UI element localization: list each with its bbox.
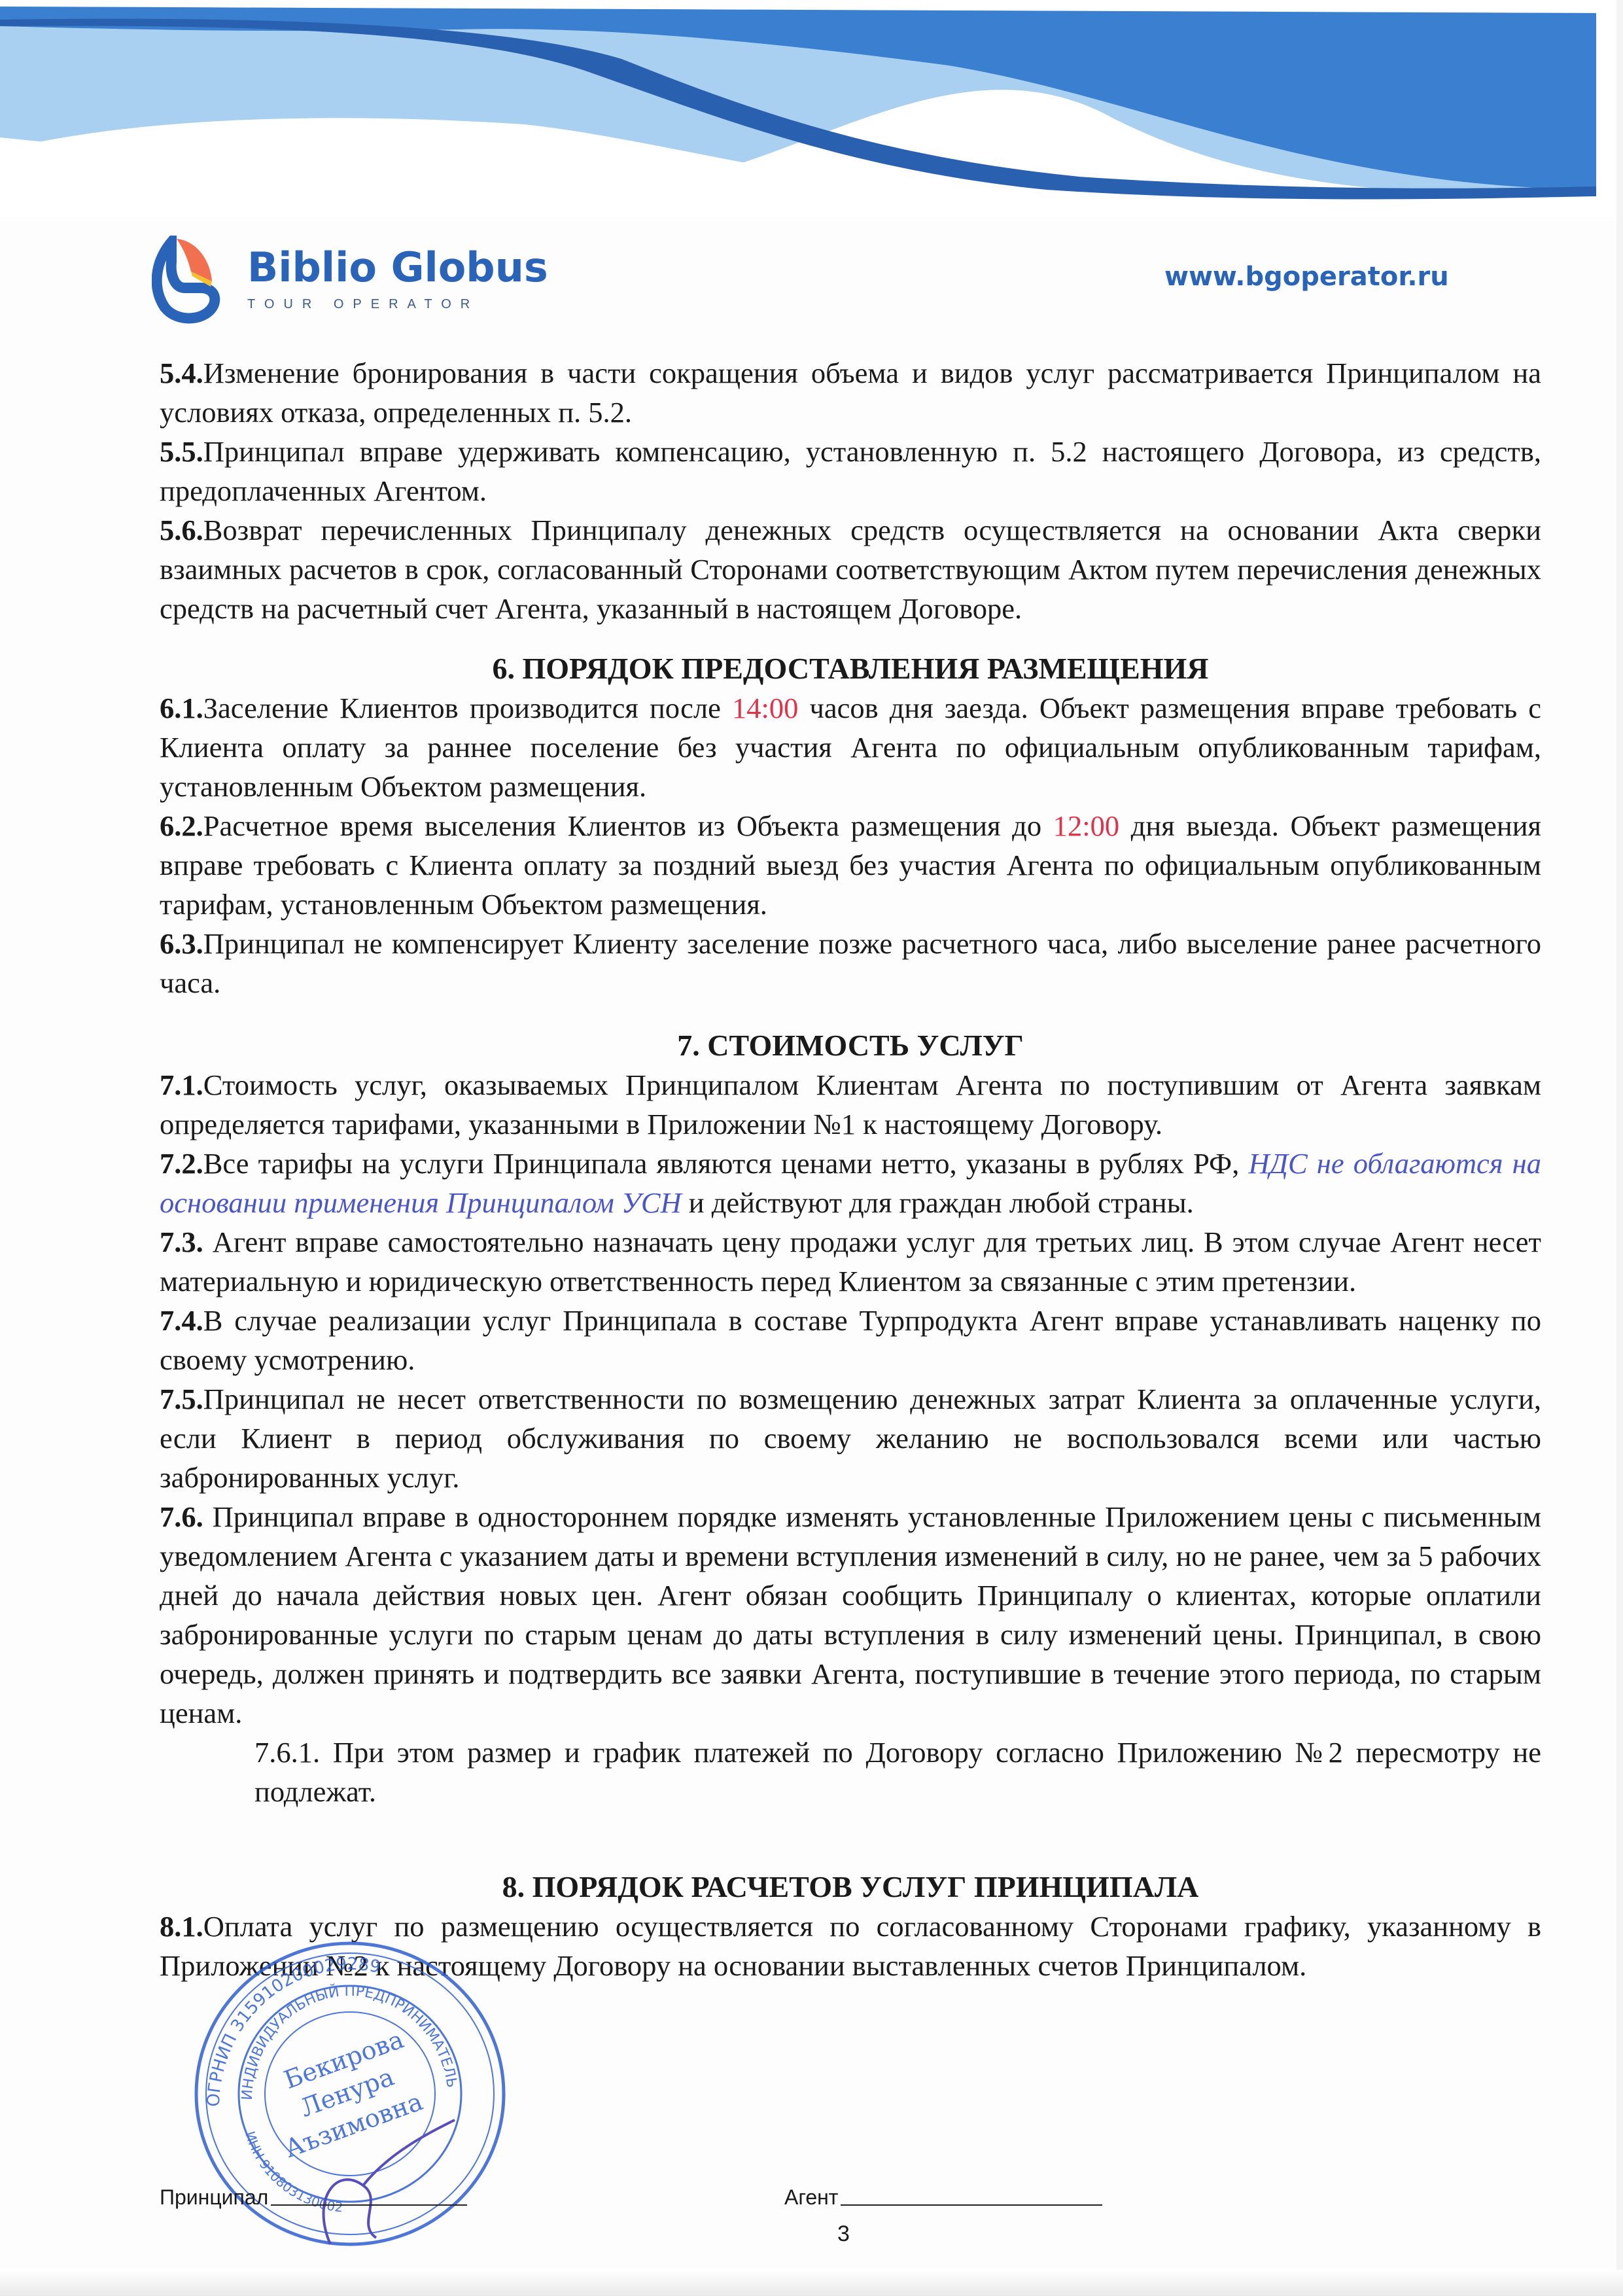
- clause-text: Принципал не компенсирует Клиенту заселе…: [160, 927, 1541, 999]
- clause-text: Стоимость услуг, оказываемых Принципалом…: [160, 1069, 1541, 1140]
- principal-signature-line: [271, 2204, 467, 2206]
- clause-text: При этом размер и график платежей по Дог…: [254, 1736, 1541, 1808]
- website-link[interactable]: www.bgoperator.ru: [1164, 262, 1449, 292]
- clause-number: 7.6.1.: [254, 1736, 320, 1769]
- brand-subtitle: TOUR OPERATOR: [247, 297, 548, 312]
- clause-6-1: 6.1.Заселение Клиентов производится посл…: [160, 688, 1541, 806]
- clause-number: 5.6.: [160, 514, 203, 546]
- clause-7-3: 7.3. Агент вправе самостоятельно назнача…: [160, 1222, 1541, 1301]
- clause-7-6-1: 7.6.1. При этом размер и график платежей…: [160, 1733, 1541, 1811]
- clause-text: Расчетное время выселения Клиентов из Об…: [203, 809, 1053, 842]
- scan-bottom-edge: [0, 2270, 1623, 2296]
- section-7-heading: 7. СТОИМОСТЬ УСЛУГ: [160, 1026, 1541, 1065]
- clause-text: Принципал вправе в одностороннем порядке…: [160, 1500, 1541, 1729]
- header-wave-decoration: [0, 0, 1623, 216]
- clause-7-6: 7.6. Принципал вправе в одностороннем по…: [160, 1497, 1541, 1733]
- clause-7-4: 7.4.В случае реализации услуг Принципала…: [160, 1301, 1541, 1379]
- clause-number: 7.1.: [160, 1069, 203, 1101]
- clause-text: Принципал вправе удерживать компенсацию,…: [160, 435, 1541, 507]
- clause-text: Заселение Клиентов производится после: [203, 692, 732, 724]
- clause-text: Принципал не несет ответственности по во…: [160, 1383, 1541, 1494]
- page-number: 3: [837, 2221, 850, 2247]
- clause-7-1: 7.1.Стоимость услуг, оказываемых Принцип…: [160, 1065, 1541, 1144]
- clause-5-6: 5.6.Возврат перечисленных Принципалу ден…: [160, 510, 1541, 628]
- scan-edge: [1616, 0, 1623, 2296]
- clause-text: Агент вправе самостоятельно назначать це…: [160, 1226, 1541, 1298]
- clause-number: 6.2.: [160, 809, 203, 842]
- clause-text: и действуют для граждан любой страны.: [682, 1186, 1194, 1219]
- clause-text: Изменение бронирования в части сокращени…: [160, 357, 1541, 429]
- clause-7-2: 7.2.Все тарифы на услуги Принципала явля…: [160, 1144, 1541, 1222]
- agent-label: Агент: [784, 2185, 838, 2210]
- clause-number: 7.6.: [160, 1500, 203, 1533]
- agent-signature: Агент: [784, 2185, 1102, 2210]
- checkin-time: 14:00: [732, 692, 798, 724]
- section-6-heading: 6. ПОРЯДОК ПРЕДОСТАВЛЕНИЯ РАЗМЕЩЕНИЯ: [160, 649, 1541, 688]
- clause-text: Возврат перечисленных Принципалу денежны…: [160, 514, 1541, 625]
- clause-7-5: 7.5.Принципал не несет ответственности п…: [160, 1379, 1541, 1497]
- agent-signature-line: [841, 2204, 1102, 2206]
- clause-number: 7.3.: [160, 1226, 203, 1258]
- checkout-time: 12:00: [1053, 809, 1119, 842]
- clause-number: 5.5.: [160, 435, 203, 468]
- clause-number: 7.5.: [160, 1383, 203, 1415]
- logo-mark-icon: [152, 236, 224, 324]
- clause-text: В случае реализации услуг Принципала в с…: [160, 1304, 1541, 1376]
- clause-number: 7.2.: [160, 1147, 203, 1180]
- clause-6-3: 6.3.Принципал не компенсирует Клиенту за…: [160, 924, 1541, 1002]
- brand-logo: Biblio Globus TOUR OPERATOR: [152, 236, 548, 324]
- brand-name: Biblio Globus: [247, 247, 548, 288]
- clause-number: 7.4.: [160, 1304, 203, 1337]
- clause-number: 6.3.: [160, 927, 203, 960]
- contract-body: 5.4.Изменение бронирования в части сокра…: [160, 353, 1541, 1985]
- clause-6-2: 6.2.Расчетное время выселения Клиентов и…: [160, 806, 1541, 924]
- clause-5-5: 5.5.Принципал вправе удерживать компенса…: [160, 432, 1541, 510]
- clause-number: 6.1.: [160, 692, 203, 724]
- clause-number: 5.4.: [160, 357, 203, 389]
- clause-text: Все тарифы на услуги Принципала являются…: [203, 1147, 1249, 1180]
- section-8-heading: 8. ПОРЯДОК РАСЧЕТОВ УСЛУГ ПРИНЦИПАЛА: [160, 1867, 1541, 1907]
- principal-label: Принципал: [160, 2185, 268, 2210]
- clause-5-4: 5.4.Изменение бронирования в части сокра…: [160, 353, 1541, 432]
- principal-signature: Принципал: [160, 2185, 467, 2210]
